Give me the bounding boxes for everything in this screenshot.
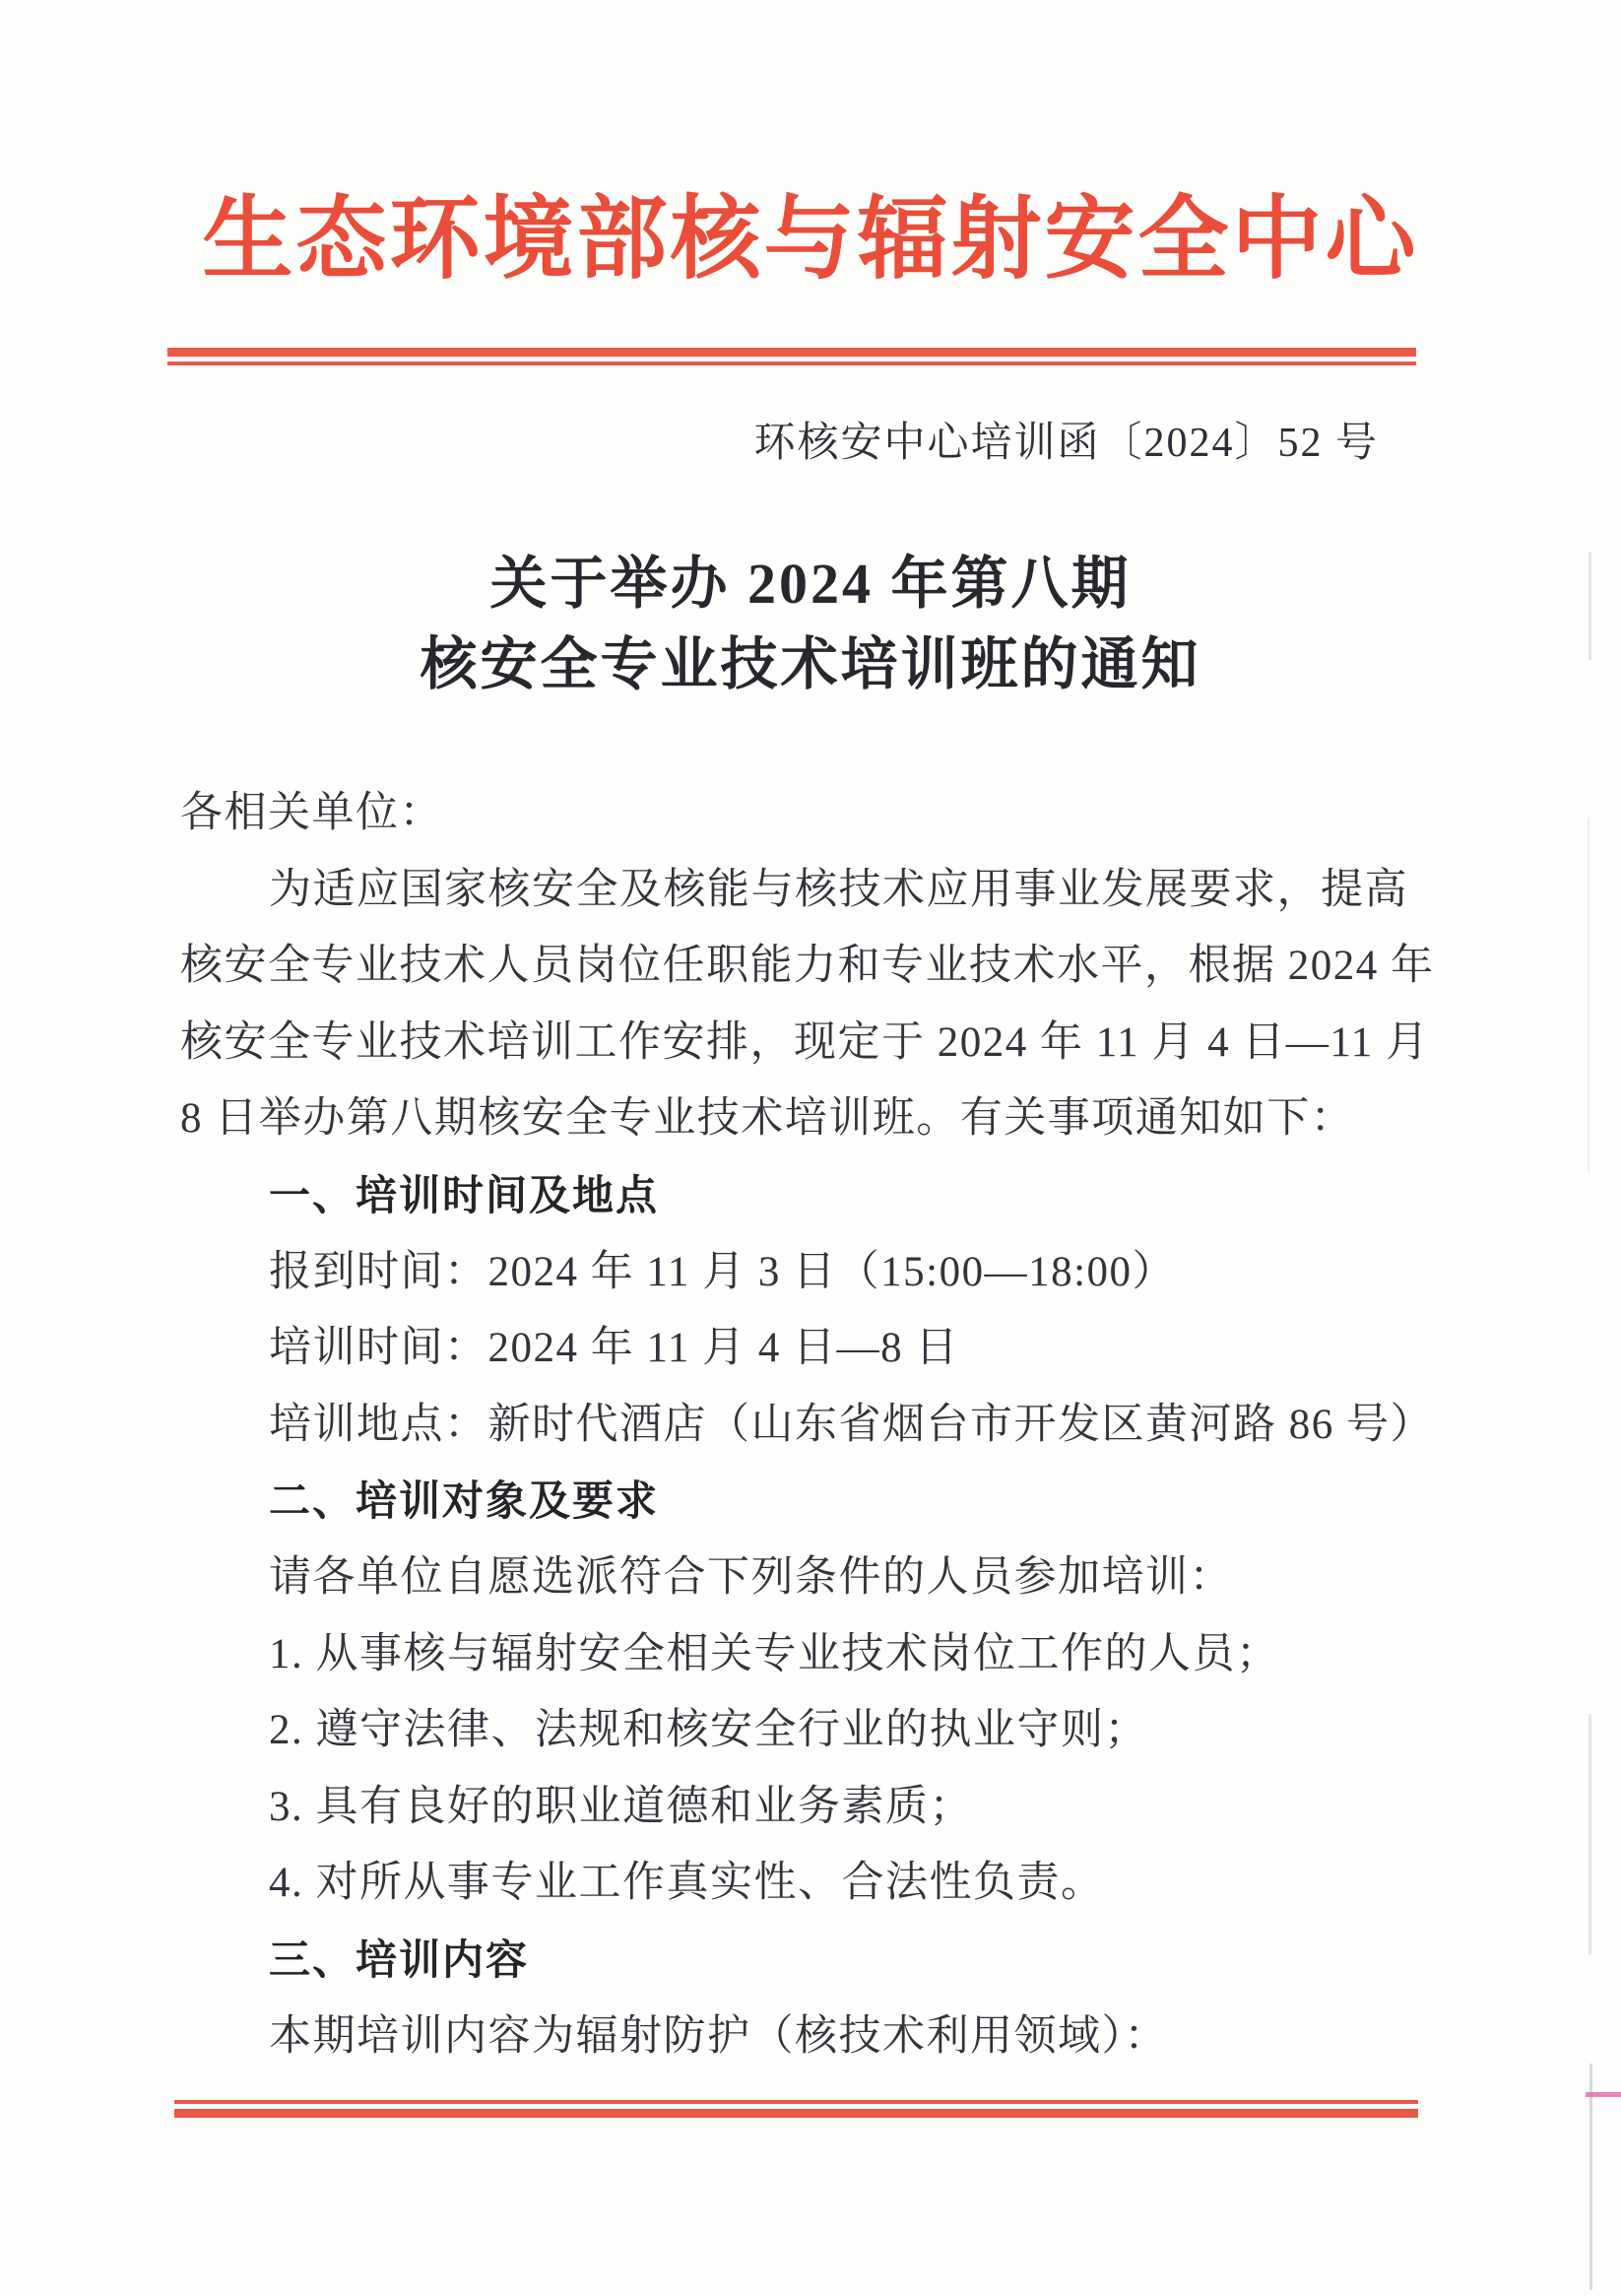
document-body: 各相关单位： 为适应国家核安全及核能与核技术应用事业发展要求，提高 核安全专业技… bbox=[180, 775, 1438, 2074]
scan-artifact bbox=[1588, 818, 1589, 1172]
paragraph-line: 请各单位自愿选派符合下列条件的人员参加培训： bbox=[180, 1540, 1438, 1616]
letterhead-double-rule bbox=[167, 348, 1416, 365]
detail-line-dates: 培训时间：2024 年 11 月 4 日—8 日 bbox=[180, 1310, 1438, 1387]
paragraph-line: 为适应国家核安全及核能与核技术应用事业发展要求，提高 bbox=[180, 852, 1438, 929]
paragraph-line: 核安全专业技术人员岗位任职能力和专业技术水平，根据 2024 年 bbox=[180, 928, 1438, 1005]
paragraph-line: 本期培训内容为辐射防护（核技术利用领域）： bbox=[180, 1999, 1438, 2075]
requirement-item-1: 1. 从事核与辐射安全相关专业技术岗位工作的人员； bbox=[180, 1616, 1438, 1693]
detail-line-venue: 培训地点：新时代酒店（山东省烟台市开发区黄河路 86 号） bbox=[180, 1387, 1438, 1464]
paragraph-line: 8 日举办第八期核安全专业技术培训班。有关事项通知如下： bbox=[180, 1081, 1438, 1157]
salutation-line: 各相关单位： bbox=[180, 775, 1438, 852]
section-heading-2: 二、培训对象及要求 bbox=[180, 1463, 1438, 1540]
detail-line-checkin: 报到时间：2024 年 11 月 3 日（15:00—18:00） bbox=[180, 1234, 1438, 1311]
requirement-item-2: 2. 遵守法律、法规和核安全行业的执业守则； bbox=[180, 1692, 1438, 1769]
scan-artifact bbox=[1586, 2092, 1621, 2097]
rule-thick-bar bbox=[174, 2109, 1418, 2118]
requirement-item-4: 4. 对所从事专业工作真实性、合法性负责。 bbox=[180, 1845, 1438, 1922]
letterhead-title: 生态环境部核与辐射安全中心 bbox=[0, 175, 1621, 303]
document-title: 关于举办 2024 年第八期 核安全专业技术培训班的通知 bbox=[0, 544, 1621, 705]
section-heading-1: 一、培训时间及地点 bbox=[180, 1157, 1438, 1234]
document-title-line-2: 核安全专业技术培训班的通知 bbox=[0, 624, 1621, 705]
requirement-item-3: 3. 具有良好的职业道德和业务素质； bbox=[180, 1769, 1438, 1846]
scan-artifact bbox=[1589, 2064, 1592, 2290]
section-heading-3: 三、培训内容 bbox=[180, 1922, 1438, 1999]
paragraph-line: 核安全专业技术培训工作安排，现定于 2024 年 11 月 4 日—11 月 bbox=[180, 1005, 1438, 1082]
rule-thin-bar bbox=[167, 361, 1416, 365]
document-number: 环核安中心培训函〔2024〕52 号 bbox=[753, 414, 1379, 473]
rule-thick-bar bbox=[167, 348, 1416, 357]
scan-artifact bbox=[1589, 1714, 1591, 1955]
footer-double-rule bbox=[174, 2100, 1418, 2118]
scanned-notice-page: 生态环境部核与辐射安全中心 环核安中心培训函〔2024〕52 号 关于举办 20… bbox=[0, 0, 1621, 2296]
document-title-line-1: 关于举办 2024 年第八期 bbox=[0, 544, 1621, 624]
